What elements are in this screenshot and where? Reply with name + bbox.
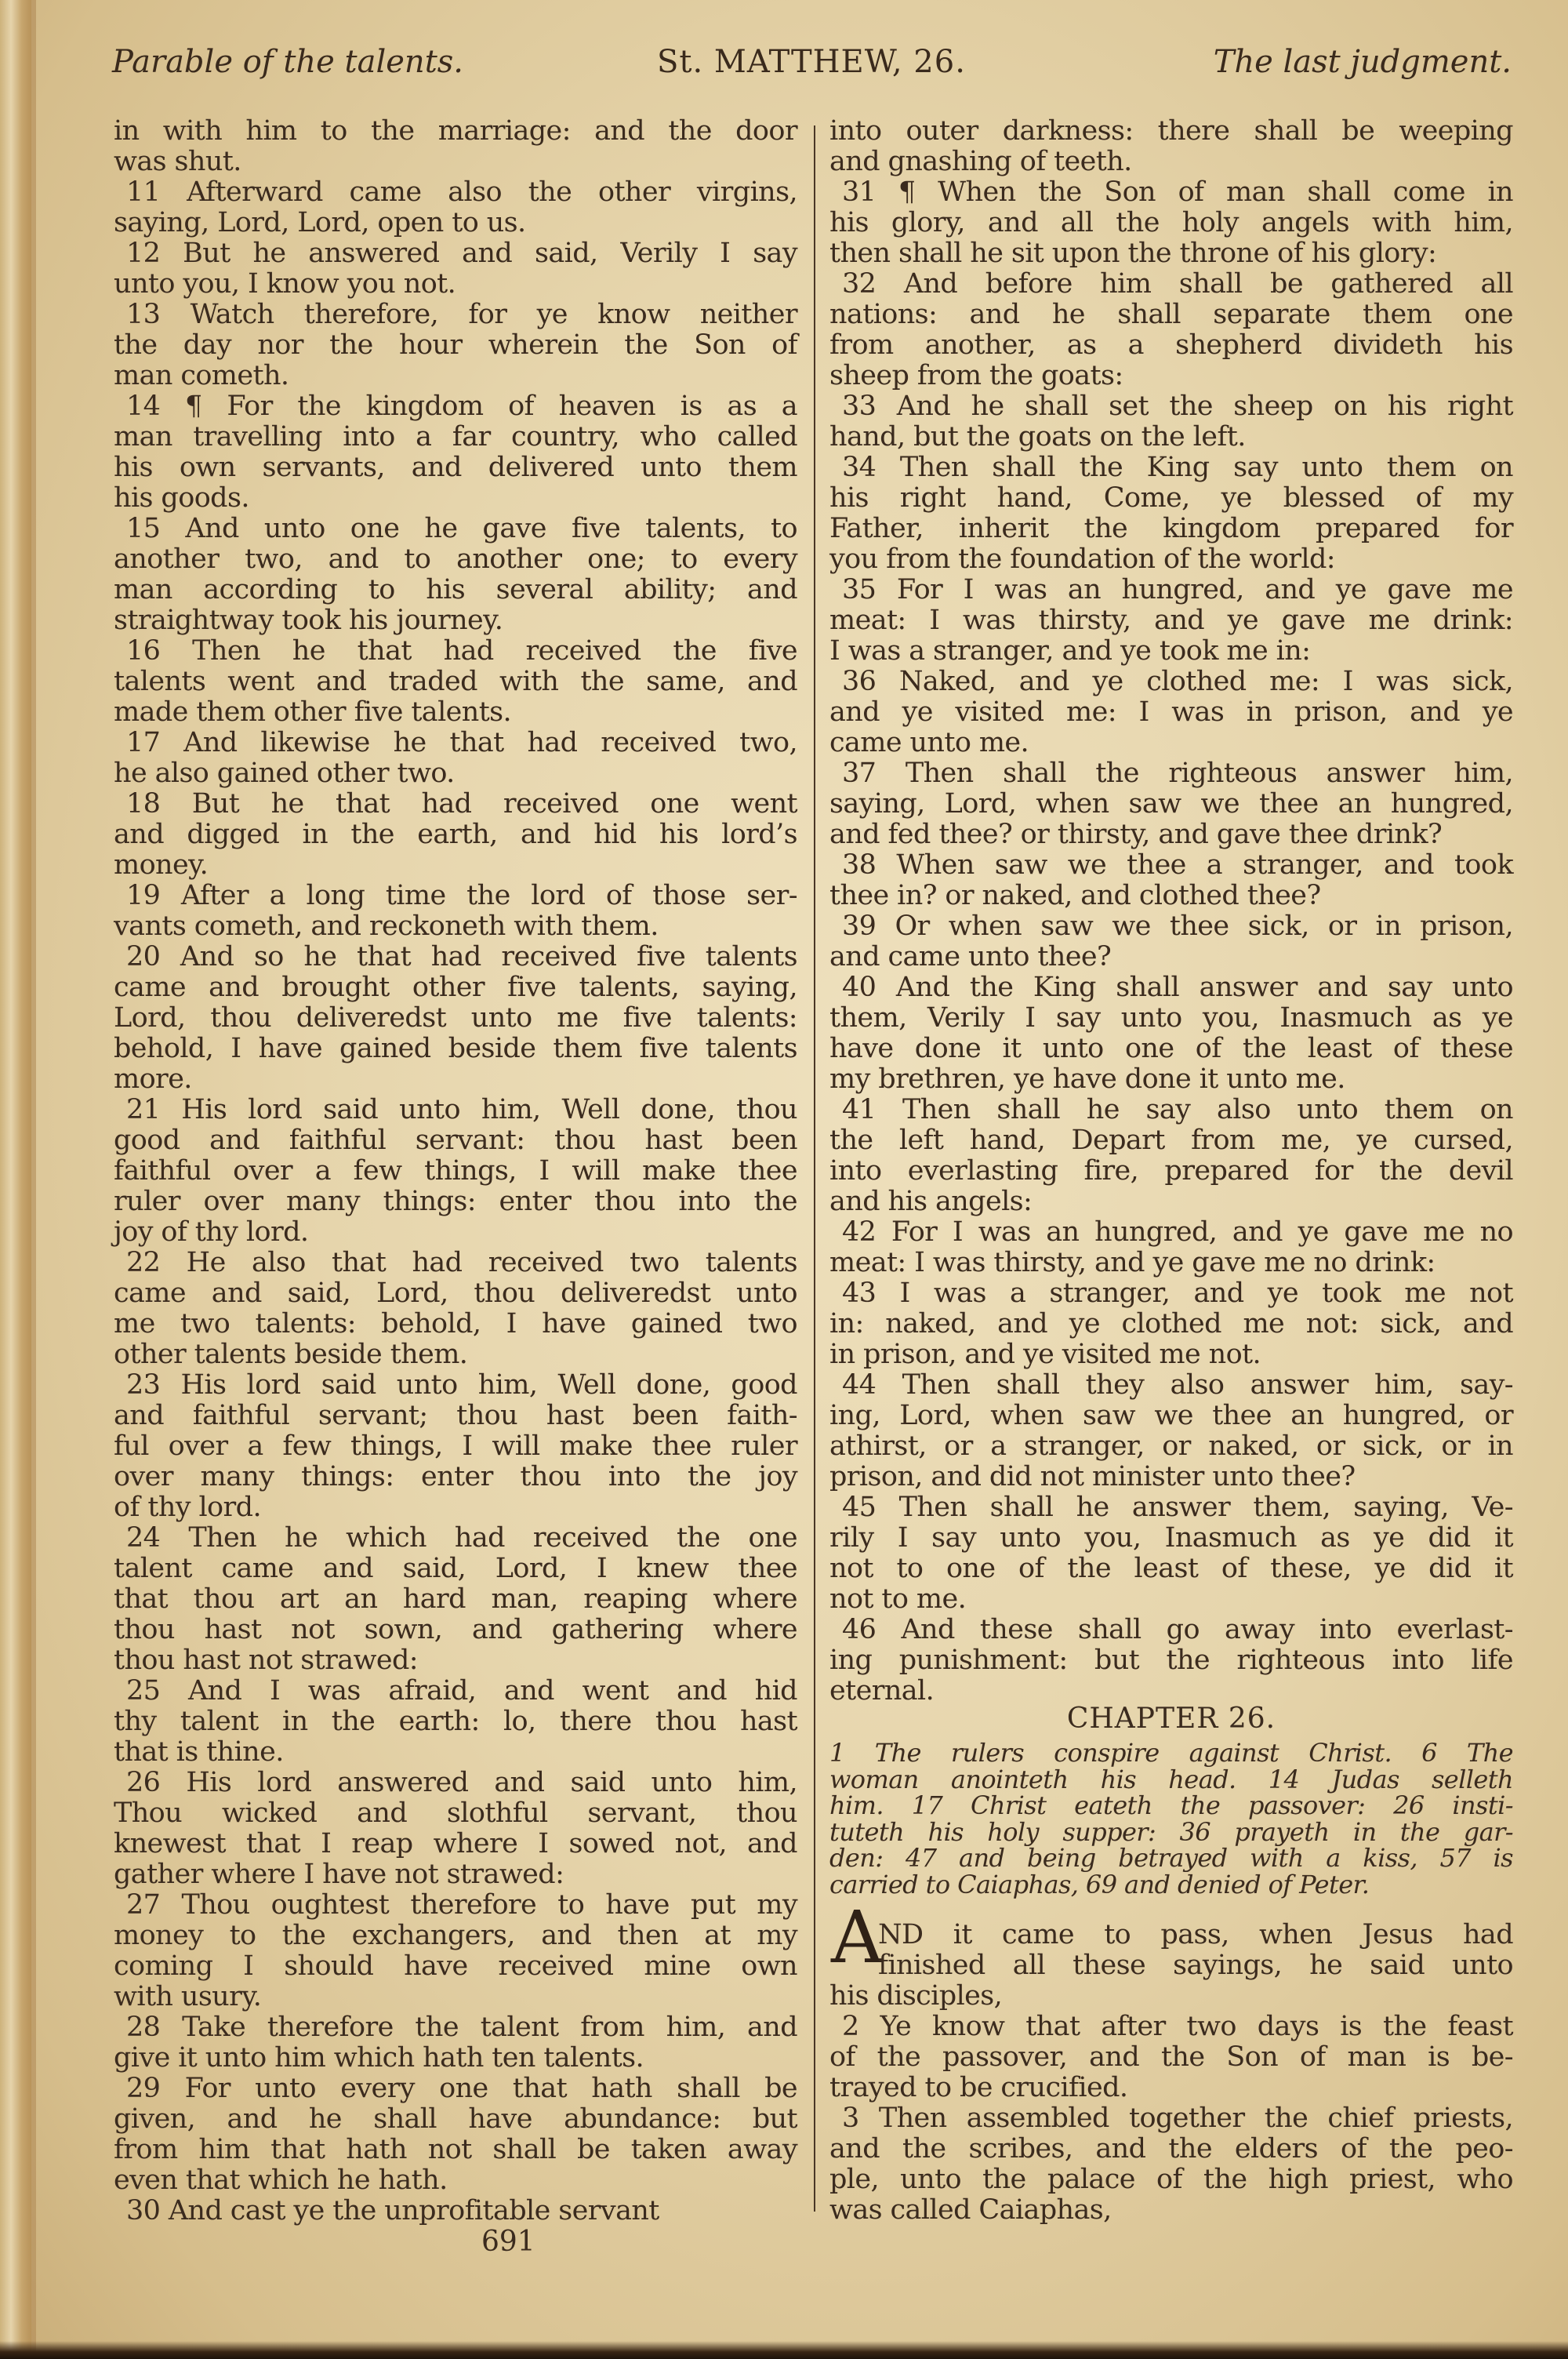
text-line: thy talent in the earth: lo, there thou … (114, 1707, 797, 1737)
text-line: money. (114, 850, 797, 881)
text-line: good and faithful servant: thou hast bee… (114, 1125, 797, 1156)
text-line: 44 Then shall they also answer him, say- (829, 1370, 1513, 1401)
running-head-left: Parable of the talents. (112, 43, 463, 81)
text-line: 36 Naked, and ye clothed me: I was sick, (829, 667, 1513, 697)
text-line: 22 He also that had received two talents (114, 1248, 797, 1278)
text-line: me two talents: behold, I have gained tw… (114, 1309, 797, 1339)
text-line: with usury. (114, 1982, 797, 2012)
text-line: talents went and traded with the same, a… (114, 667, 797, 697)
page-bottom-edge (0, 2341, 1568, 2359)
text-line: ND it came to pass, when Jesus had (829, 1920, 1513, 1950)
text-line: 23 His lord said unto him, Well done, go… (114, 1370, 797, 1401)
text-line: 13 Watch therefore, for ye know neither (114, 300, 797, 330)
text-line: his disciples, (829, 1981, 1513, 2012)
text-line: made them other five talents. (114, 697, 797, 728)
text-line: of thy lord. (114, 1492, 797, 1523)
text-line: Lord, thou deliveredst unto me five tale… (114, 1003, 797, 1034)
text-line: 16 Then he that had received the five (114, 636, 797, 667)
running-head-center: St. MATTHEW, 26. (657, 43, 966, 81)
running-head-right: The last judgment. (1214, 43, 1512, 81)
text-line: in: naked, and ye clothed me not: sick, … (829, 1309, 1513, 1339)
text-line: ple, unto the palace of the high priest,… (829, 2165, 1513, 2195)
text-line: behold, I have gained beside them five t… (114, 1034, 797, 1064)
text-line: 11 Afterward came also the other virgins… (114, 177, 797, 208)
text-line: 29 For unto every one that hath shall be (114, 2074, 797, 2104)
text-line: unto you, I know you not. (114, 269, 797, 300)
text-line: thou hast not sown, and gathering where (114, 1615, 797, 1645)
text-line: ing, Lord, when saw we thee an hungred, … (829, 1401, 1513, 1431)
text-line: saying, Lord, Lord, open to us. (114, 208, 797, 238)
text-line: vants cometh, and reckoneth with them. (114, 911, 797, 942)
text-line: into everlasting fire, prepared for the … (829, 1156, 1513, 1187)
text-line: 20 And so he that had received five tale… (114, 942, 797, 972)
text-line: and gnashing of teeth. (829, 147, 1513, 177)
text-line: and digged in the earth, and hid his lor… (114, 820, 797, 850)
text-line: my brethren, ye have done it unto me. (829, 1064, 1513, 1095)
text-line: Father, inherit the kingdom prepared for (829, 514, 1513, 544)
text-line: 35 For I was an hungred, and ye gave me (829, 575, 1513, 605)
text-line: ful over a few things, I will make thee … (114, 1431, 797, 1462)
text-line: over many things: enter thou into the jo… (114, 1462, 797, 1492)
chapter-heading: CHAPTER 26. (829, 1703, 1513, 1735)
text-line: that thou art an hard man, reaping where (114, 1584, 797, 1615)
text-line: hand, but the goats on the left. (829, 422, 1513, 453)
text-line: 26 His lord answered and said unto him, (114, 1768, 797, 1798)
text-line: came and brought other five talents, say… (114, 972, 797, 1003)
text-line: 41 Then shall he say also unto them on (829, 1095, 1513, 1125)
text-line: his right hand, Come, ye blessed of my (829, 483, 1513, 514)
text-line: 42 For I was an hungred, and ye gave me … (829, 1217, 1513, 1248)
text-line: ruler over many things: enter thou into … (114, 1187, 797, 1217)
text-line: 28 Take therefore the talent from him, a… (114, 2012, 797, 2043)
text-line: another two, and to another one; to ever… (114, 544, 797, 575)
text-line: more. (114, 1064, 797, 1095)
text-line: from another, as a shepherd divideth his (829, 330, 1513, 361)
text-line: and fed thee? or thirsty, and gave thee … (829, 820, 1513, 850)
text-line: man travelling into a far country, who c… (114, 422, 797, 453)
text-line: thou hast not strawed: (114, 1645, 797, 1676)
text-line: given, and he shall have abundance: but (114, 2104, 797, 2135)
text-line: 15 And unto one he gave five talents, to (114, 514, 797, 544)
column-divider (814, 125, 815, 2212)
text-line: and the scribes, and the elders of the p… (829, 2134, 1513, 2165)
text-line: have done it unto one of the least of th… (829, 1034, 1513, 1064)
text-line: was called Caiaphas, (829, 2195, 1513, 2226)
text-line: 46 And these shall go away into everlast… (829, 1615, 1513, 1645)
text-line: in prison, and ye visited me not. (829, 1339, 1513, 1370)
text-line: give it unto him which hath ten talents. (114, 2043, 797, 2074)
text-line: 25 And I was afraid, and went and hid (114, 1676, 797, 1707)
text-line: not to me. (829, 1584, 1513, 1615)
text-line: 3 Then assembled together the chief prie… (829, 2103, 1513, 2134)
text-line: money to the exchangers, and then at my (114, 1921, 797, 1951)
text-line: the left hand, Depart from me, ye cursed… (829, 1125, 1513, 1156)
text-line: 33 And he shall set the sheep on his rig… (829, 391, 1513, 422)
text-line: came unto me. (829, 728, 1513, 758)
text-line: and ye visited me: I was in prison, and … (829, 697, 1513, 728)
text-line: and his angels: (829, 1187, 1513, 1217)
text-line: of the passover, and the Son of man is b… (829, 2042, 1513, 2073)
text-line: 37 Then shall the righteous answer him, (829, 758, 1513, 789)
text-line: 18 But he that had received one went (114, 789, 797, 820)
text-line: trayed to be crucified. (829, 2073, 1513, 2103)
page-gutter-line (31, 0, 36, 2359)
text-line: 38 When saw we thee a stranger, and took (829, 850, 1513, 881)
text-line: I was a stranger, and ye took me in: (829, 636, 1513, 667)
text-line: Thou wicked and slothful servant, thou (114, 1798, 797, 1829)
text-line: other talents beside them. (114, 1339, 797, 1370)
text-line: even that which he hath. (114, 2165, 797, 2196)
text-line: and faithful servant; thou hast been fai… (114, 1401, 797, 1431)
text-line: saying, Lord, when saw we thee an hungre… (829, 789, 1513, 820)
text-line: he also gained other two. (114, 758, 797, 789)
text-line: 17 And likewise he that had received two… (114, 728, 797, 758)
text-line: came and said, Lord, thou deliveredst un… (114, 1278, 797, 1309)
text-line: 43 I was a stranger, and ye took me not (829, 1278, 1513, 1309)
text-line: 30 And cast ye the unprofitable servant (114, 2196, 797, 2226)
text-line: rily I say unto you, Inasmuch as ye did … (829, 1523, 1513, 1554)
text-line: from him that hath not shall be taken aw… (114, 2135, 797, 2165)
text-line: 21 His lord said unto him, Well done, th… (114, 1095, 797, 1125)
text-line: coming I should have received mine own (114, 1951, 797, 1982)
text-line: finished all these sayings, he said unto (829, 1950, 1513, 1981)
text-line: meat: I was thirsty, and ye gave me drin… (829, 605, 1513, 636)
text-line: 40 And the King shall answer and say unt… (829, 972, 1513, 1003)
text-line: straightway took his journey. (114, 605, 797, 636)
text-line: was shut. (114, 147, 797, 177)
text-line: 14 ¶ For the kingdom of heaven is as a (114, 391, 797, 422)
text-line: sheep from the goats: (829, 361, 1513, 391)
text-line: 32 And before him shall be gathered all (829, 269, 1513, 300)
text-line: 12 But he answered and said, Verily I sa… (114, 238, 797, 269)
text-line: them, Verily I say unto you, Inasmuch as… (829, 1003, 1513, 1034)
text-line: in with him to the marriage: and the doo… (114, 116, 797, 147)
text-line: athirst, or a stranger, or naked, or sic… (829, 1431, 1513, 1462)
text-line: 39 Or when saw we thee sick, or in priso… (829, 911, 1513, 942)
text-line: not to one of the least of these, ye did… (829, 1554, 1513, 1584)
text-line: 19 After a long time the lord of those s… (114, 881, 797, 911)
text-line: then shall he sit upon the throne of his… (829, 238, 1513, 269)
text-line: 34 Then shall the King say unto them on (829, 453, 1513, 483)
text-line: meat: I was thirsty, and ye gave me no d… (829, 1248, 1513, 1278)
text-line: and came unto thee? (829, 942, 1513, 972)
text-line: into outer darkness: there shall be weep… (829, 116, 1513, 147)
text-line: gather where I have not strawed: (114, 1859, 797, 1890)
text-line: talent came and said, Lord, I knew thee (114, 1554, 797, 1584)
text-line: joy of thy lord. (114, 1217, 797, 1248)
text-line: man cometh. (114, 361, 797, 391)
text-line: 31 ¶ When the Son of man shall come in (829, 177, 1513, 208)
text-line: his own servants, and delivered unto the… (114, 453, 797, 483)
text-line: 27 Thou oughtest therefore to have put m… (114, 1890, 797, 1921)
text-line: carried to Caiaphas, 69 and denied of Pe… (829, 1870, 1513, 1900)
text-line: his goods. (114, 483, 797, 514)
text-line: 24 Then he which had received the one (114, 1523, 797, 1554)
text-line: that is thine. (114, 1737, 797, 1768)
text-line: knewest that I reap where I sowed not, a… (114, 1829, 797, 1859)
text-line: 2 Ye know that after two days is the fea… (829, 2012, 1513, 2042)
text-line: ing punishment: but the righteous into l… (829, 1645, 1513, 1676)
text-line: prison, and did not minister unto thee? (829, 1462, 1513, 1492)
text-line: the day nor the hour wherein the Son of (114, 330, 797, 361)
text-line: nations: and he shall separate them one (829, 300, 1513, 330)
text-line: his glory, and all the holy angels with … (829, 208, 1513, 238)
text-line: 45 Then shall he answer them, saying, Ve… (829, 1492, 1513, 1523)
text-line: faithful over a few things, I will make … (114, 1156, 797, 1187)
book-spine-edge (0, 0, 31, 2359)
text-line: you from the foundation of the world: (829, 544, 1513, 575)
text-line: man according to his several ability; an… (114, 575, 797, 605)
text-line: thee in? or naked, and clothed thee? (829, 881, 1513, 911)
page-number: 691 (481, 2226, 535, 2258)
